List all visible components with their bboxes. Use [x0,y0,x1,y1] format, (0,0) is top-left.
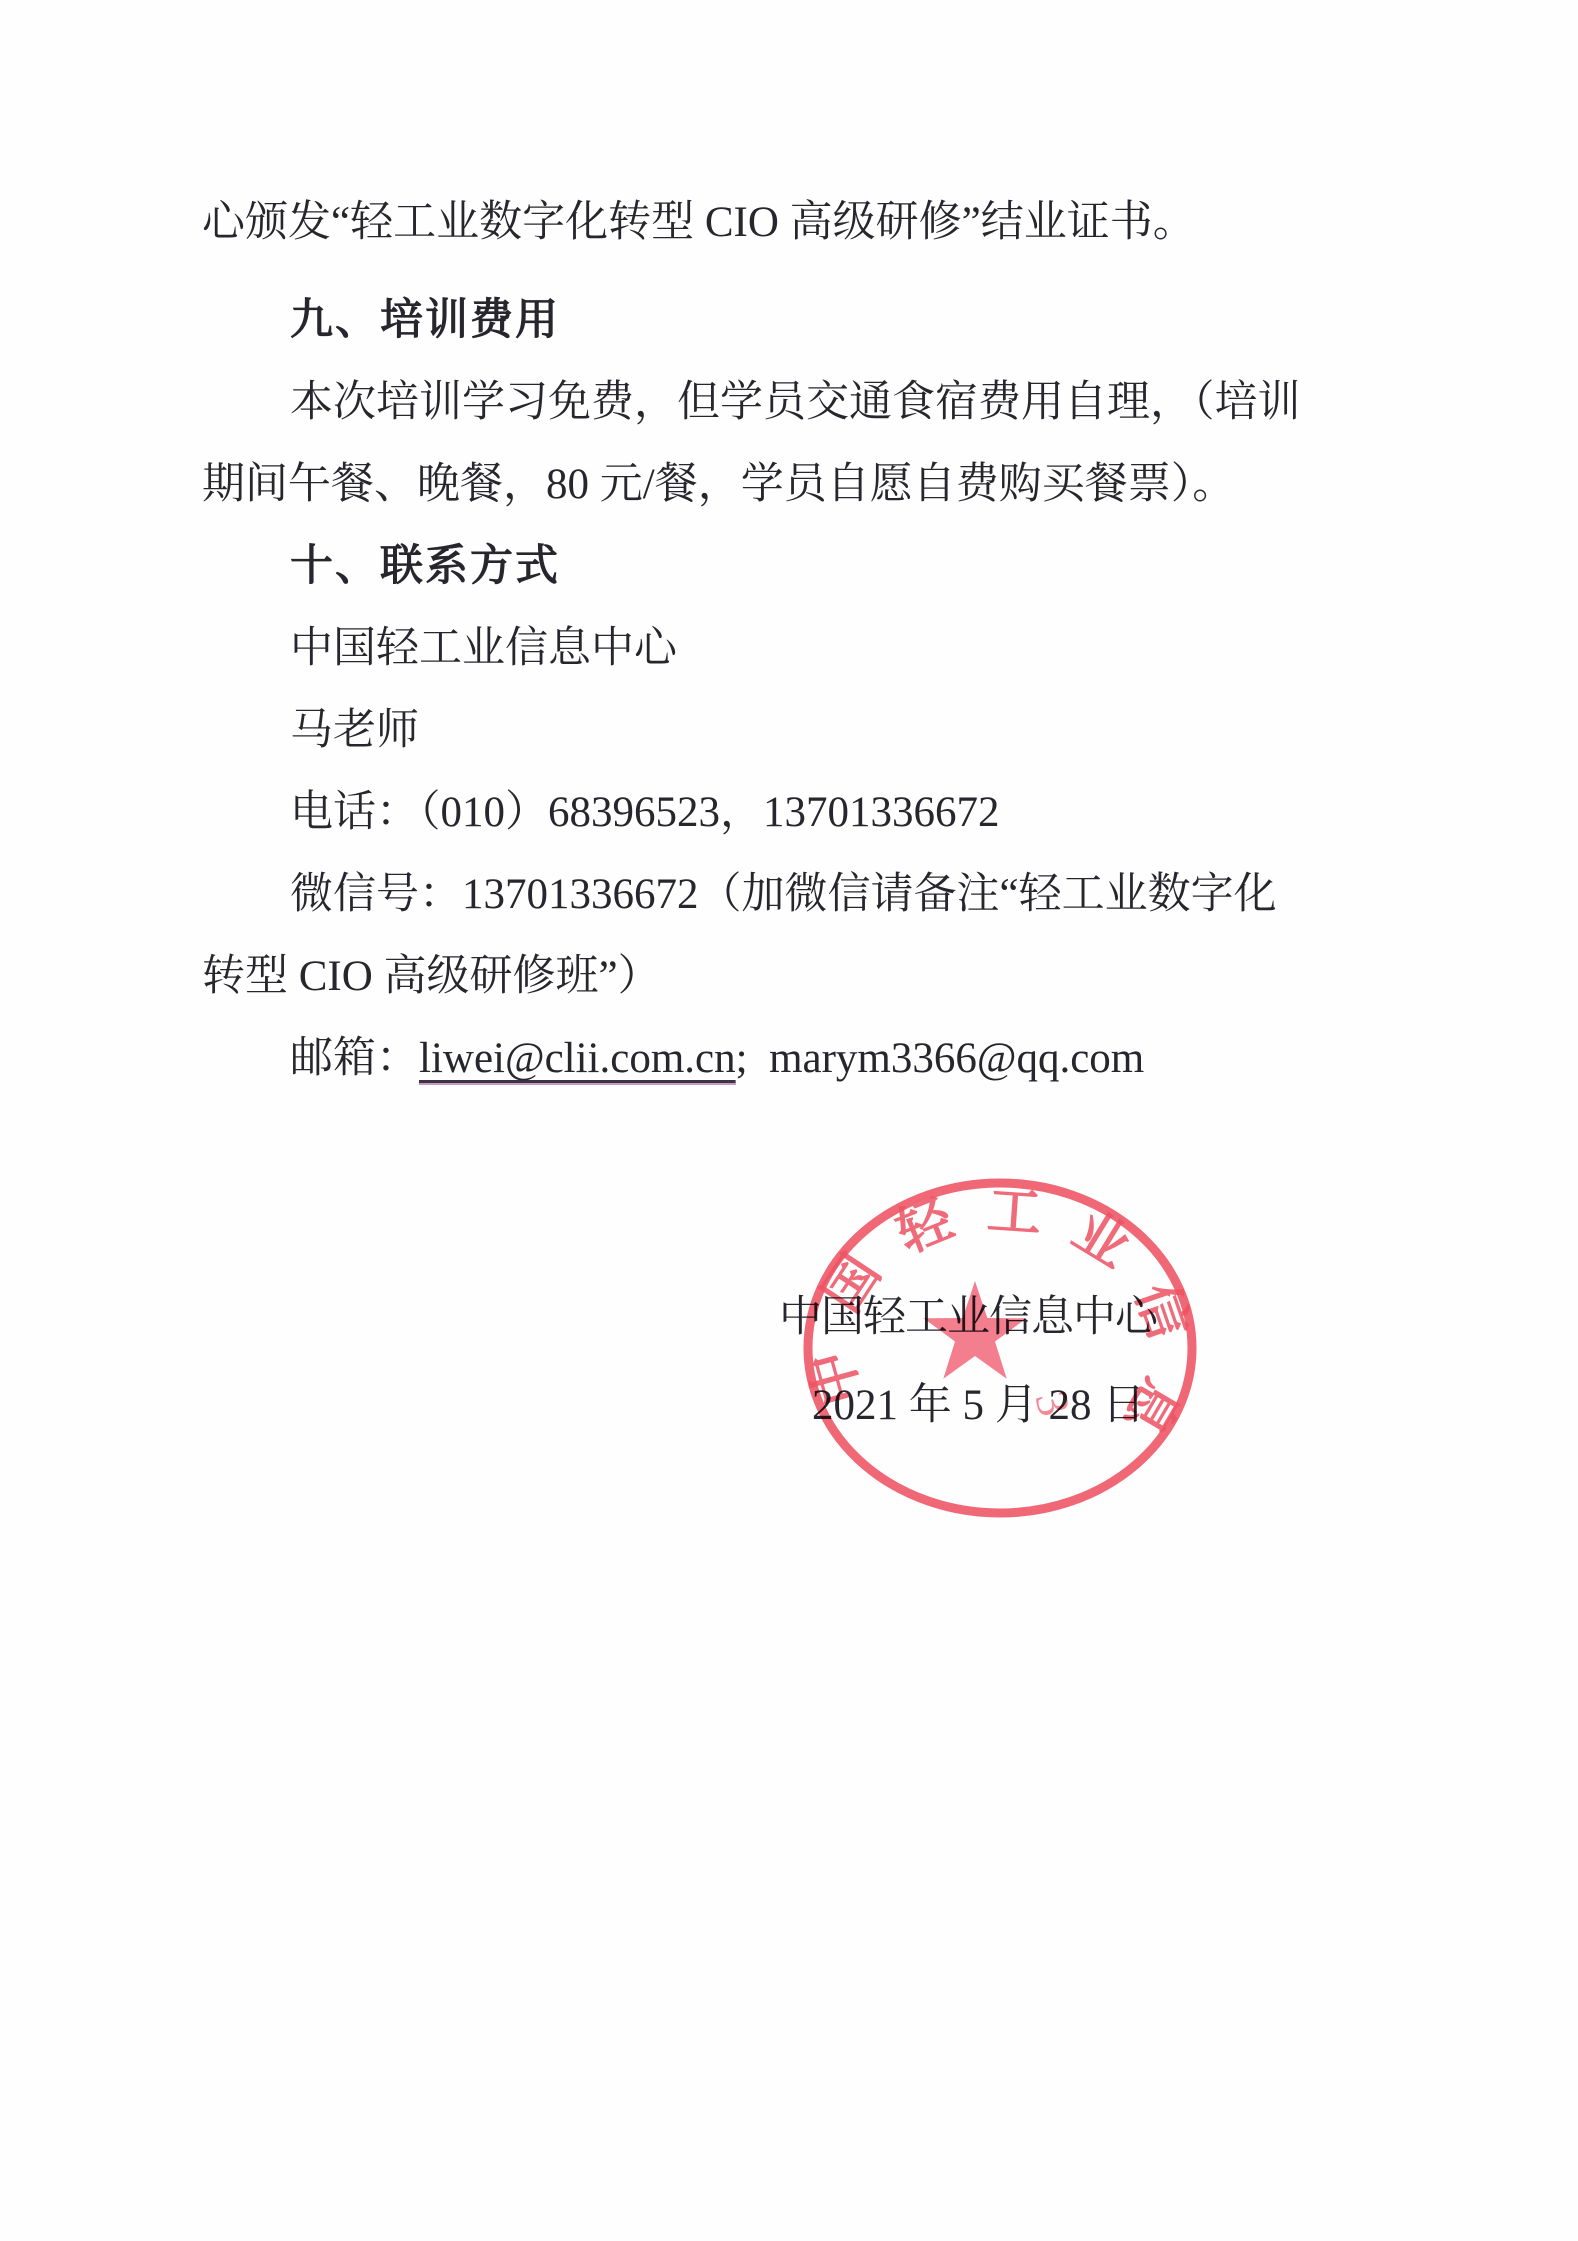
signature-date: 2021 年 5 月 28 日 [812,1371,1145,1432]
official-seal: 中国轻工业信息中心 3 [788,1162,1212,1542]
section-9-heading: 九、培训费用 [202,280,1382,362]
wechat-line-2: 转型 CIO 高级研修班”） [202,936,1382,1018]
fee-line-1: 本次培训学习免费，但学员交通食宿费用自理，（培训 [202,362,1382,444]
phone-line: 电话：（010）68396523，13701336672 [202,772,1382,854]
email-label: 邮箱： [290,1035,419,1082]
contact-person-line: 马老师 [202,690,1382,772]
scanned-document-page: { "doc": { "lines": [ { "text": "心颁发“轻工业… [0,0,1578,2241]
signature-org: 中国轻工业信息中心 [779,1283,1157,1344]
email-separator: ; [736,1035,769,1082]
seal-ring [808,1183,1192,1513]
fee-line-2: 期间午餐、晚餐，80 元/餐，学员自愿自费购买餐票）。 [202,444,1382,526]
email-2: marym3366@qq.com [769,1035,1144,1082]
email-link-1: liwei@clii.com.cn [419,1035,736,1085]
certificate-line: 心颁发“轻工业数字化转型 CIO 高级研修”结业证书。 [202,182,1382,264]
section-10-heading: 十、联系方式 [202,526,1382,608]
document-body-text: 心颁发“轻工业数字化转型 CIO 高级研修”结业证书。 九、培训费用 本次培训学… [202,182,1382,1100]
org-name-line: 中国轻工业信息中心 [202,608,1382,690]
wechat-line-1: 微信号：13701336672（加微信请备注“轻工业数字化 [202,854,1382,936]
email-line: 邮箱：liwei@clii.com.cn; marym3366@qq.com [202,1018,1382,1100]
